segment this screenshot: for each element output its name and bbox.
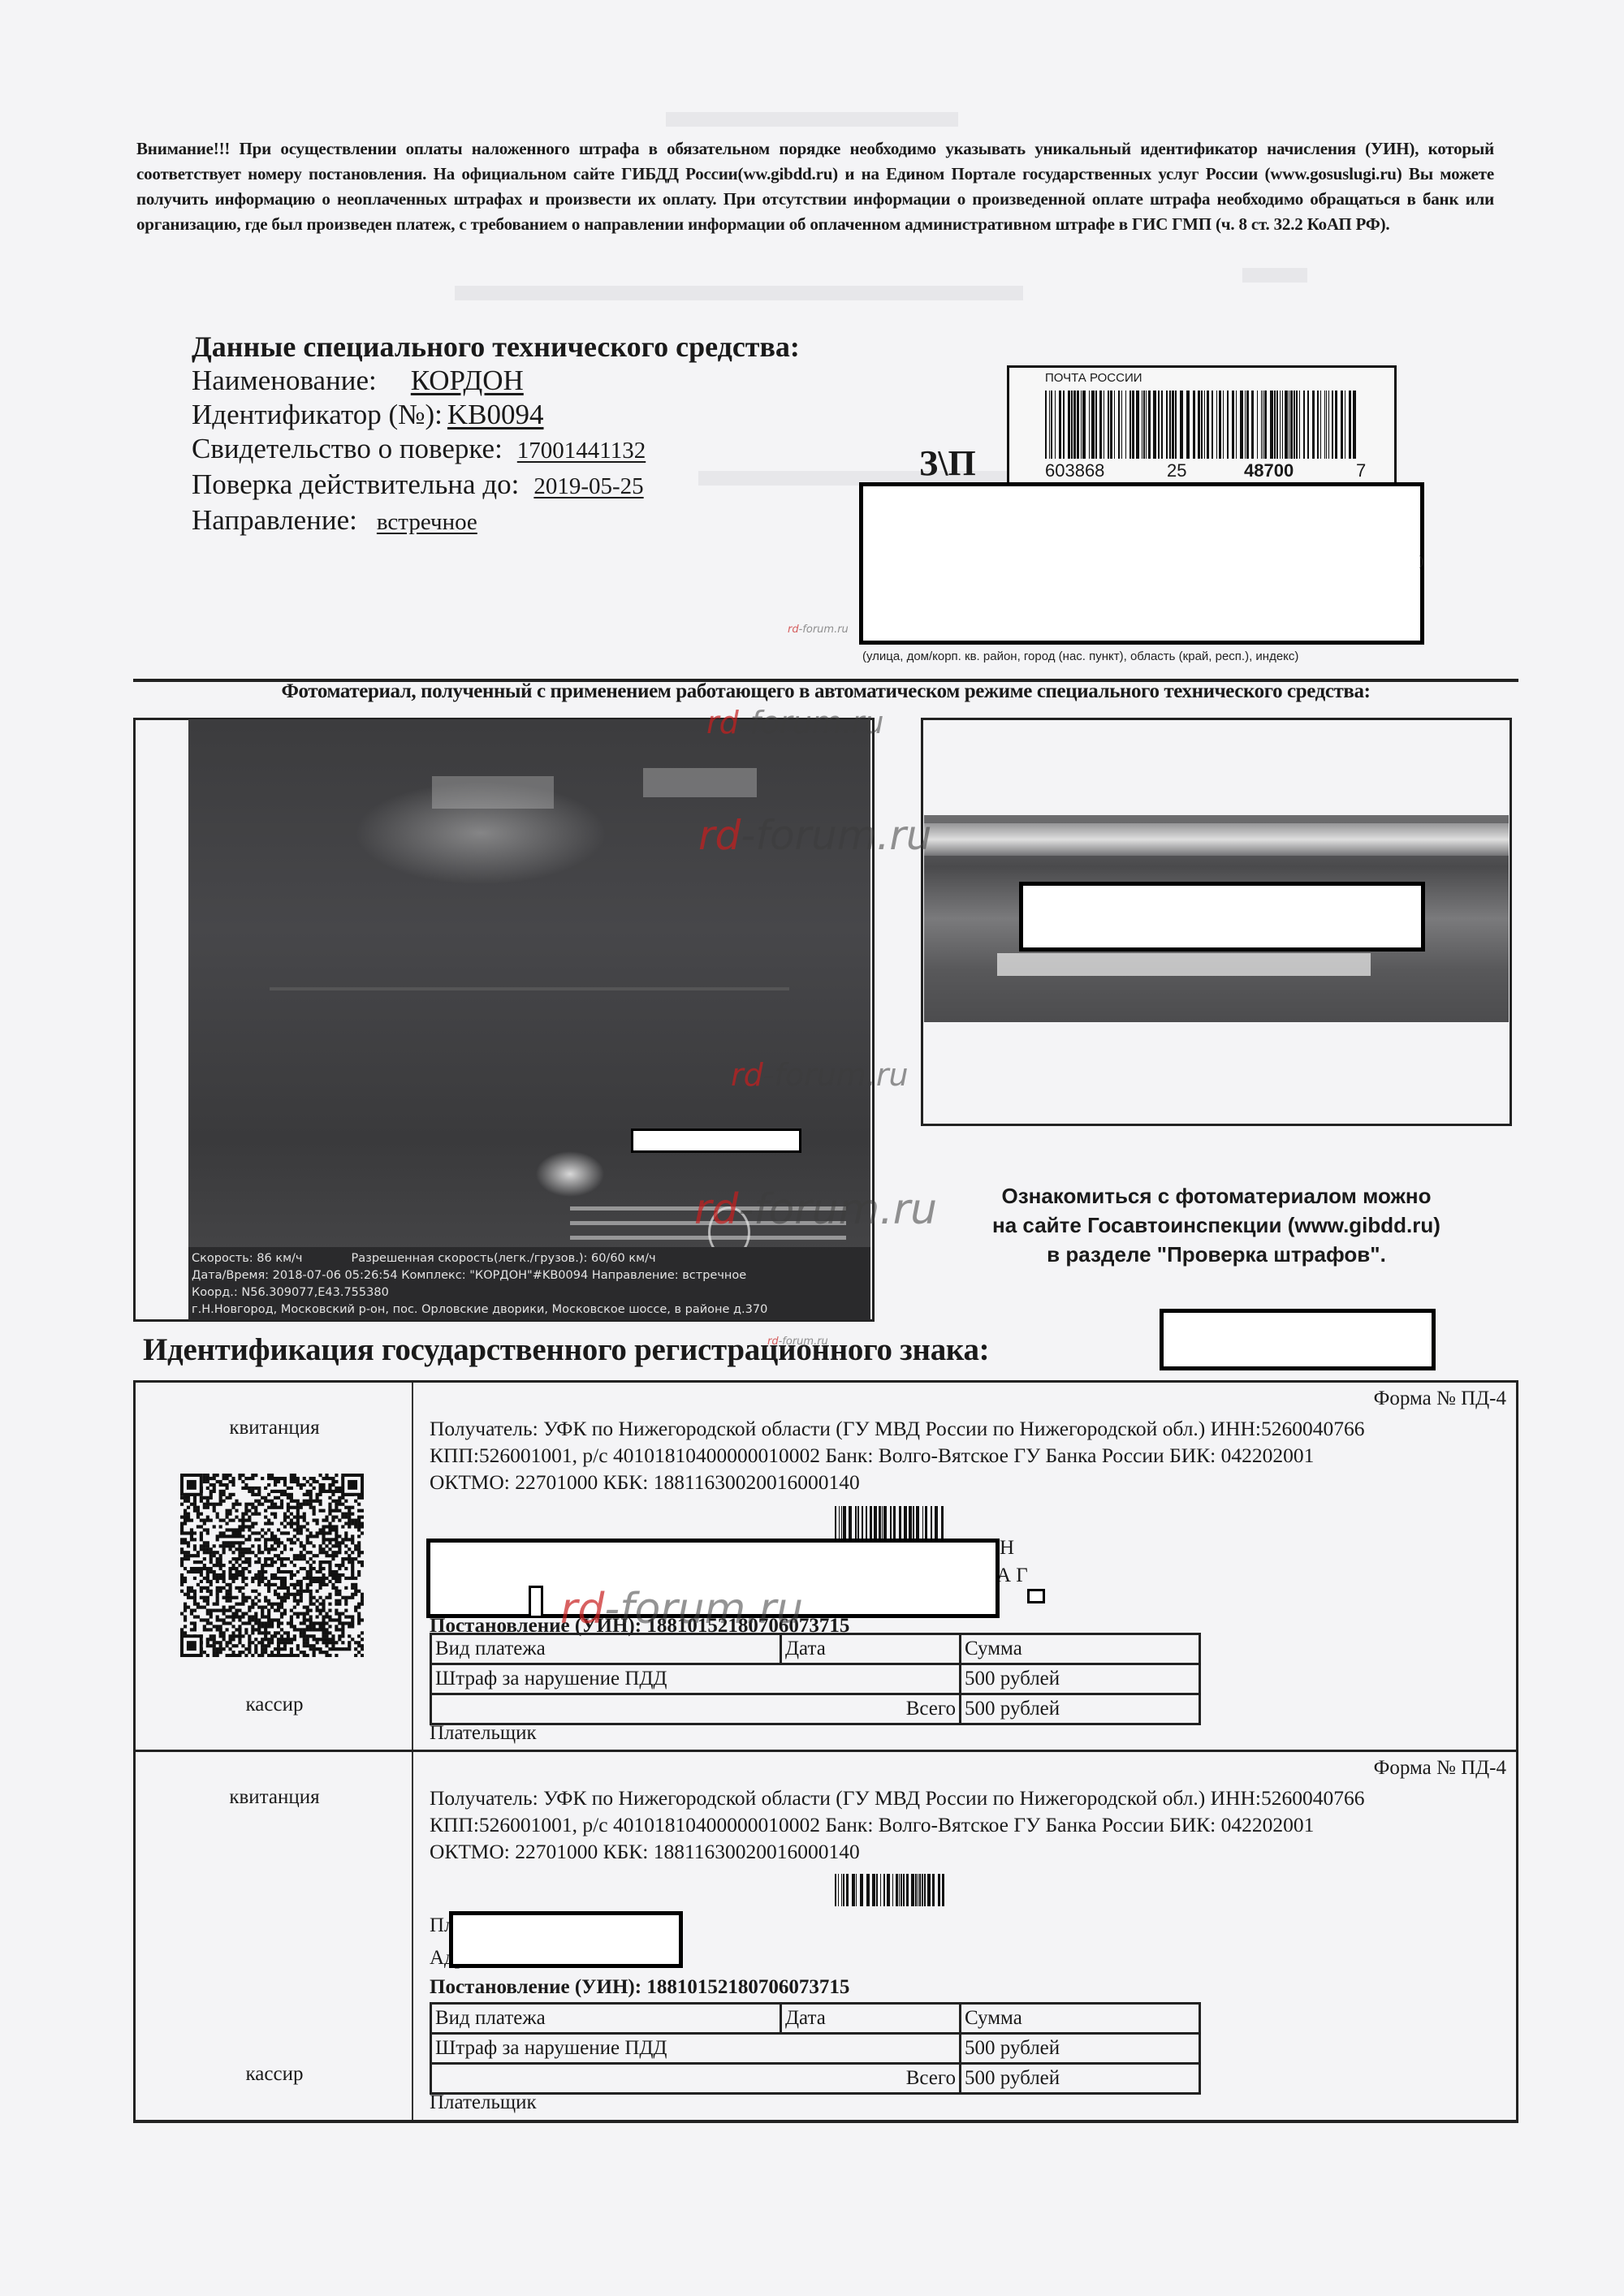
slip-recipient-block: Получатель: УФК по Нижегородской области…	[430, 1785, 1365, 1865]
device-cert-label: Свидетельство о поверке:	[192, 433, 503, 464]
slip-recipient: Получатель: УФК по Нижегородской области…	[430, 1415, 1365, 1442]
postal-code-part: 25	[1167, 460, 1244, 481]
table-header: Дата	[781, 1634, 961, 1664]
redacted-plate-closeup	[1019, 882, 1425, 952]
overlay-speed: Скорость: 86 км/ч	[192, 1252, 303, 1265]
hint-line: на сайте Госавтоинспекции (www.gibdd.ru)	[921, 1211, 1512, 1240]
slip-recipient: Получатель: УФК по Нижегородской области…	[430, 1785, 1365, 1811]
table-row: Штраф за нарушение ПДД 500 рублей	[431, 1664, 1200, 1694]
payment-barcode-icon	[835, 1506, 948, 1539]
table-cell: 500 рублей	[961, 2034, 1200, 2064]
table-header: Вид платежа	[431, 1634, 781, 1664]
payment-table: Вид платежа Дата Сумма Штраф за нарушени…	[430, 1633, 1201, 1725]
table-total-row: Всего 500 рублей	[431, 1694, 1200, 1724]
slip-oktmo-line: ОКТМО: 22701000 КБК: 1881163002001600014…	[430, 1838, 1365, 1865]
table-header: Сумма	[961, 1634, 1200, 1664]
table-cell: Штраф за нарушение ПДД	[431, 1664, 961, 1694]
payment-table: Вид платежа Дата Сумма Штраф за нарушени…	[430, 2002, 1201, 2095]
photo-detail	[432, 776, 554, 809]
slip-partial-text: А Г	[996, 1564, 1028, 1587]
gibdd-photo-hint: Ознакомиться с фотоматериалом можно на с…	[921, 1181, 1512, 1269]
postal-index: 603868	[1045, 460, 1167, 481]
zp-mark: З\П	[919, 442, 976, 484]
slip-form-number: Форма № ПД-4	[1374, 1388, 1506, 1410]
device-valid-value: 2019-05-25	[533, 473, 643, 499]
table-header: Дата	[781, 2004, 961, 2034]
device-cert-value: 17001441132	[517, 438, 646, 464]
photo-plate-area	[997, 953, 1371, 976]
photo-grille	[924, 823, 1509, 856]
table-row: Штраф за нарушение ПДД 500 рублей	[431, 2034, 1200, 2064]
postal-code-part: 48700	[1244, 460, 1356, 481]
table-total-row: Всего 500 рублей	[431, 2064, 1200, 2094]
device-id-value: KB0094	[447, 399, 544, 430]
table-total-value: 500 рублей	[961, 1694, 1200, 1724]
slip-payer-label: Плательщик	[430, 1722, 537, 1745]
photo-overlay: Скорость: 86 км/чРазрешенная скорость(ле…	[188, 1247, 870, 1320]
table-total-label: Всего	[431, 2064, 961, 2094]
table-header: Вид платежа	[431, 2004, 781, 2034]
redacted-address	[859, 482, 1424, 645]
slip-kvitancia-label: квитанция	[136, 1417, 413, 1439]
redacted-plate-number	[1160, 1309, 1436, 1370]
slip-oktmo-line: ОКТМО: 22701000 КБК: 1881163002001600014…	[430, 1469, 1365, 1495]
slip-kassir-label: кассир	[136, 2063, 413, 2086]
address-caption: (улица, дом/корп. кв. район, город (нас.…	[862, 650, 1298, 663]
payment-barcode-icon	[835, 1874, 948, 1906]
redacted-fragment	[1027, 1589, 1045, 1603]
device-heading: Данные специального технического средств…	[192, 330, 800, 364]
slip-kpp-line: КПП:526001001, р/с 40101810400000010002 …	[430, 1442, 1365, 1469]
hint-line: Ознакомиться с фотоматериалом можно	[921, 1181, 1512, 1211]
qr-code-icon	[180, 1474, 364, 1657]
table-header: Сумма	[961, 2004, 1200, 2034]
device-cert-row: Свидетельство о поверке:17001441132	[192, 432, 800, 468]
postal-check-digit: 7	[1356, 460, 1366, 481]
violation-photo: Скорость: 86 км/чРазрешенная скорость(ле…	[188, 719, 870, 1320]
table-header-row: Вид платежа Дата Сумма	[431, 1634, 1200, 1664]
device-valid-row: Поверка действительна до:2019-05-25	[192, 468, 800, 503]
photo-caption: Фотоматериал, полученный с применением р…	[172, 680, 1479, 703]
device-valid-label: Поверка действительна до:	[192, 468, 519, 500]
russian-post-label: ПОЧТА РОССИИ 603868 25 48700 7	[1007, 365, 1397, 494]
postal-barcode-icon	[1045, 391, 1362, 459]
bleed-through	[1242, 268, 1307, 283]
payment-slip-2: квитанция кассир Форма № ПД-4 Получатель…	[133, 1750, 1518, 2123]
device-name-row: Наименование:КОРДОН	[192, 364, 800, 398]
postal-barcode-numbers: 603868 25 48700 7	[1045, 460, 1370, 481]
hint-line: в разделе "Проверка штрафов".	[921, 1240, 1512, 1269]
device-name-label: Наименование:	[192, 365, 377, 396]
redacted-payer	[426, 1539, 1000, 1618]
slip-uin: Постановление (УИН): 1881015218070607371…	[430, 1976, 849, 1999]
overlay-coords: Коорд.: N56.309077,E43.755380	[192, 1284, 867, 1301]
device-direction-row: Направление:встречное	[192, 503, 800, 539]
table-cell: Штраф за нарушение ПДД	[431, 2034, 961, 2064]
slip-recipient-block: Получатель: УФК по Нижегородской области…	[430, 1415, 1365, 1495]
slip-partial-text: Н	[1000, 1537, 1014, 1560]
device-name-value: КОРДОН	[411, 365, 524, 396]
redacted-payer	[449, 1911, 683, 1968]
payment-notice: Внимание!!! При осуществлении оплаты нал…	[136, 136, 1494, 237]
device-data: Данные специального технического средств…	[192, 330, 800, 539]
device-id-row: Идентификатор (№):KB0094	[192, 398, 800, 432]
device-direction-value: встречное	[377, 509, 477, 535]
overlay-datetime: Дата/Время: 2018-07-06 05:26:54 Комплекс…	[192, 1267, 867, 1284]
device-id-label: Идентификатор (№):	[192, 399, 443, 430]
overlay-allowed-speed: Разрешенная скорость(легк./грузов.): 60/…	[352, 1252, 656, 1265]
slip-payer-label: Плательщик	[430, 2091, 537, 2114]
slip-kassir-label: кассир	[136, 1694, 413, 1716]
slip-form-number: Форма № ПД-4	[1374, 1757, 1506, 1780]
address-tail: )	[1419, 555, 1423, 569]
device-direction-label: Направление:	[192, 504, 357, 536]
post-title: ПОЧТА РОССИИ	[1045, 371, 1142, 385]
bleed-through	[666, 112, 958, 127]
watermark: rd-forum.ru	[788, 624, 849, 636]
redacted-fragment	[529, 1586, 543, 1618]
slip-kpp-line: КПП:526001001, р/с 40101810400000010002 …	[430, 1811, 1365, 1838]
table-cell: 500 рублей	[961, 1664, 1200, 1694]
table-total-value: 500 рублей	[961, 2064, 1200, 2094]
bleed-through	[455, 286, 1023, 300]
redacted-plate	[631, 1129, 801, 1153]
table-header-row: Вид платежа Дата Сумма	[431, 2004, 1200, 2034]
table-total-label: Всего	[431, 1694, 961, 1724]
photo-detail	[643, 768, 757, 797]
slip-kvitancia-label: квитанция	[136, 1786, 413, 1809]
plate-identification-heading: Идентификация государственного регистрац…	[143, 1331, 989, 1368]
overlay-location: г.Н.Новгород, Московский р-он, пос. Орло…	[192, 1301, 867, 1318]
